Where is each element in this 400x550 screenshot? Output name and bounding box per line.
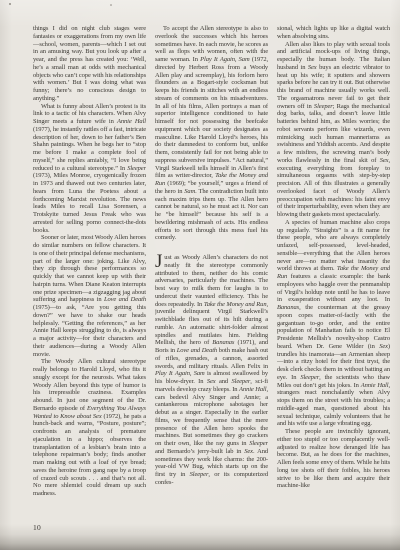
film-title: Sleeper <box>232 378 251 385</box>
film-title: Sleeper <box>300 374 319 381</box>
film-title: Bananas <box>212 339 234 346</box>
film-title: Play It Again, Sam <box>155 370 205 377</box>
body-text: and <box>216 378 232 385</box>
paragraph: Just as Woody Allen’s characters do not … <box>155 254 268 487</box>
film-title: Play It Again, Sam <box>200 56 249 63</box>
scan-speck <box>110 4 112 6</box>
film-title: Sex <box>308 64 317 71</box>
body-text: (1972), he pats a hunch-back and warns, … <box>33 413 146 498</box>
body-text: . The contradiction built into each maxi… <box>155 188 268 242</box>
film-title: Sleeper <box>249 440 268 447</box>
page-edge-shadow <box>0 524 400 550</box>
body-text: The Woody Allen cultural stereotype real… <box>33 358 146 412</box>
body-text: (1973), Miles Monroe, cryogenically froz… <box>33 172 146 233</box>
page-number: 10 <box>33 523 41 532</box>
body-text: ust as Woody Allen’s characters do not n… <box>155 254 268 308</box>
film-title: Sex <box>379 343 388 350</box>
paragraph: things I did on night club stages were f… <box>33 25 146 103</box>
body-text: These people are invincibly ignorant, ei… <box>277 428 390 489</box>
film-title: Annie Hall <box>117 118 146 125</box>
film-title: Sleeper <box>314 103 333 110</box>
body-text: , the counterman at the greasy spoon cop… <box>277 304 390 350</box>
paragraph: To accept the Allen stereotype is also t… <box>155 25 268 242</box>
paragraph: These people are invincibly ignorant, ei… <box>277 428 390 490</box>
text-column-middle: To accept the Allen stereotype is also t… <box>155 25 268 524</box>
body-text: , executing everything from foreplay to … <box>277 157 390 218</box>
film-title: Love and Death <box>104 296 146 303</box>
body-text: features a classic example: the bank emp… <box>277 273 390 303</box>
film-title: Love and Death <box>177 347 217 354</box>
film-title: Take the Money and Run <box>204 301 267 308</box>
body-text: and Bernardo’s jerry-built lab in <box>155 448 244 455</box>
body-text: Sooner or later, most Woody Allen heroes… <box>33 234 146 303</box>
body-text: things I did on night club stages were f… <box>33 25 146 102</box>
film-title: Sleeper <box>190 471 209 478</box>
paragraph: Allen also likes to play with sexual too… <box>277 41 390 219</box>
film-title: Sex <box>207 378 216 385</box>
film-title: Annie Hall <box>361 382 389 389</box>
body-text: ; Rags the mechanical dog barks, talks, … <box>277 103 390 164</box>
paragraph: sional, which lights up like a digital w… <box>277 25 390 41</box>
body-text: sional, which lights up like a digital w… <box>277 25 390 40</box>
text-column-right: sional, which lights up like a digital w… <box>277 25 390 524</box>
film-title: Annie Hall <box>239 386 266 393</box>
paragraph: What is funny about Allen’s protest is i… <box>33 103 146 235</box>
film-title: Sam <box>184 188 195 195</box>
paragraph: A species of human machine also crops up… <box>277 219 390 428</box>
drop-cap: J <box>155 255 164 269</box>
body-text: (1975)—to ask, “Are you getting this dow… <box>33 304 146 358</box>
text-column-left: things I did on night club stages were f… <box>33 25 146 524</box>
body-text: (1972, directed by Herbert Ross from a W… <box>155 56 268 179</box>
text-columns: things I did on night club stages were f… <box>33 25 390 524</box>
film-title: Sex <box>244 448 253 455</box>
body-text: , cars bedevil Alvy Singer and Annie; a … <box>155 386 268 447</box>
paragraph: Sooner or later, most Woody Allen heroes… <box>33 234 146 358</box>
film-title: Bananas <box>277 304 299 311</box>
body-text: , strangers react nonchalantly when Alvy… <box>277 382 390 428</box>
book-page: things I did on night club stages were f… <box>0 0 400 550</box>
film-title: Sleeper <box>127 165 146 172</box>
paragraph: The Woody Allen cultural stereotype real… <box>33 358 146 498</box>
scan-speck <box>9 3 11 5</box>
body-text: A species of human machine also crops up… <box>277 219 390 273</box>
